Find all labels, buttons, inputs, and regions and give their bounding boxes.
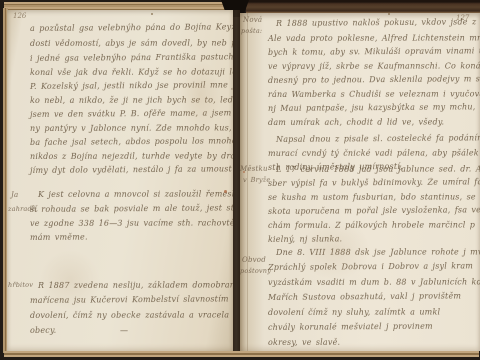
handwriting-line: chvály korunalé mešviatel j provinem (268, 322, 433, 332)
handwriting-line: Napsal dnou z pisale sl. costelecké fa p… (276, 133, 480, 144)
handwriting-line: se kusha m ustom fusburian, bdo stantinu… (268, 192, 476, 202)
handwriting-line: ba fache jsal setech, abdos pospolu los … (30, 136, 233, 147)
handwriting-line: obecy. (30, 326, 56, 335)
handwriting-line: skota uporučena m pořal jsle vysloženka,… (268, 205, 480, 216)
handwriting-line: chám formula. Z pálkových hrobele marčin… (268, 220, 475, 230)
page-stack-edge-top (4, 2, 234, 10)
ink-speck (151, 13, 153, 15)
handwriting-line: rána Wamberka s Chudiši se veleznam i vy… (268, 89, 480, 99)
handwriting-line: mařícena jsu Kučerovi Kombelství slavnos… (30, 294, 229, 305)
handwriting-line: Mařích Sustova obsazhutá, vakl j provišt… (268, 291, 461, 302)
handwriting-line: kielný, nj slunka. (268, 234, 342, 244)
handwriting-line: ny pantýry v Jablonce nyní. Zde mnohdo k… (30, 123, 233, 133)
book-cover-edge (246, 0, 480, 13)
margin-note: Obvod (242, 256, 266, 264)
handwriting-line: Dne 8. VIII 1888 dsk jse Jablunce rohote… (276, 247, 480, 257)
handwriting-line: ve výpravy jíž, skrbe se Kaufmannschi. C… (268, 61, 480, 71)
handwriting-line: L 17 června 1888 jad jsou Jablunce sed. … (276, 164, 480, 174)
left-page: 126 a pozůstal gsa velebnýho pána do Boj… (7, 10, 233, 351)
margin-note: Městku (240, 165, 268, 173)
handwriting-line: vyzástkám vsaditi m dum b. 88 v Jablunic… (268, 277, 480, 287)
paragraph-end-dash: — (120, 326, 128, 335)
handwriting-line: Zpráchlý spolek Dobrova i Dobrov a jsyl … (268, 261, 473, 272)
margin-note: Nová (243, 16, 262, 24)
handwriting-line: dosti vědomostí, abys je sám dovedl, by … (30, 38, 233, 48)
handwriting-line: ko nebl, a nikdo, že ji ne jich bych se … (30, 95, 233, 105)
book-gutter (233, 10, 240, 351)
handwriting-line: ší rohouda se bak posviale m ale touž, j… (30, 203, 233, 214)
manuscript-photo: 126 a pozůstal gsa velebnýho pána do Boj… (0, 0, 480, 360)
handwriting-line: jsem ve den svátku P. B. ofěře mame, a j… (30, 108, 233, 119)
page-stack-edge-bottom (4, 351, 479, 357)
ink-speck (388, 13, 390, 15)
margin-note: pošta: (241, 27, 262, 35)
handwriting-line: Ale vada proto poklesne, Alfred Lichtens… (268, 33, 480, 43)
handwriting-line: a pozůstal gsa velebnýho pána do Bojína … (30, 22, 233, 33)
margin-note: Ja (11, 191, 18, 199)
right-page: 127 Nová pošta: R 1888 upustivo nakloš p… (240, 13, 480, 351)
margin-note: poštovný (240, 267, 271, 275)
margin-note: hřbitov (8, 281, 33, 289)
handwriting-line: konal vše jak dva řekli. Když se ho dota… (30, 67, 233, 77)
handwriting-line: nj Maui pantpaše, jsu kazysbýtka se my m… (268, 102, 476, 113)
handwriting-line: bych k tomu, aby sv. Mikuláši opravám vi… (268, 46, 480, 57)
handwriting-line: murací cvndý tý čnické vadi pálena, aby … (268, 148, 479, 158)
handwriting-line: K jest celovna a mnovcol si zasloužil ře… (38, 189, 233, 199)
handwriting-line: R 1888 upustivo nakloš pokusu, vkdov jsd… (276, 17, 480, 28)
handwriting-line: dovolení čímž ny sluhy, zalímtk a umkl (268, 308, 440, 317)
handwriting-line: i jedné gsa velebnýho pána Františka pas… (30, 52, 233, 63)
handwriting-line: sber výpisl fa v buklyš bdinimovky. Že u… (268, 177, 480, 188)
handwriting-line: jímy dyt dolo vydělati, nestálo j fa za … (30, 164, 233, 175)
handwriting-line: nikdos z Bojína nejezdil, turhde vedyte … (30, 151, 233, 161)
handwriting-line: okresy, ve slavě. (268, 338, 340, 347)
handwriting-line: R 1887 zvedena nesliju, základem domobra… (38, 280, 233, 290)
handwriting-line: ve zgodne 338 16—3 jsu vacíme sth. racho… (30, 218, 233, 228)
page-number-left: 126 (13, 12, 26, 20)
page-crease (247, 13, 248, 351)
handwriting-line: dnesný pro to jednou. Dva sklenila podej… (268, 74, 480, 85)
handwriting-line: mám vměme. (30, 233, 88, 242)
handwriting-line: dam umírak ach, chodit d lid ve, všedy. (268, 118, 444, 127)
handwriting-line: dovolení, čímž ny obecke zastávala a vra… (30, 310, 229, 320)
handwriting-line: P. Kozelský jsal, jestli nikdo jse provi… (30, 80, 233, 91)
